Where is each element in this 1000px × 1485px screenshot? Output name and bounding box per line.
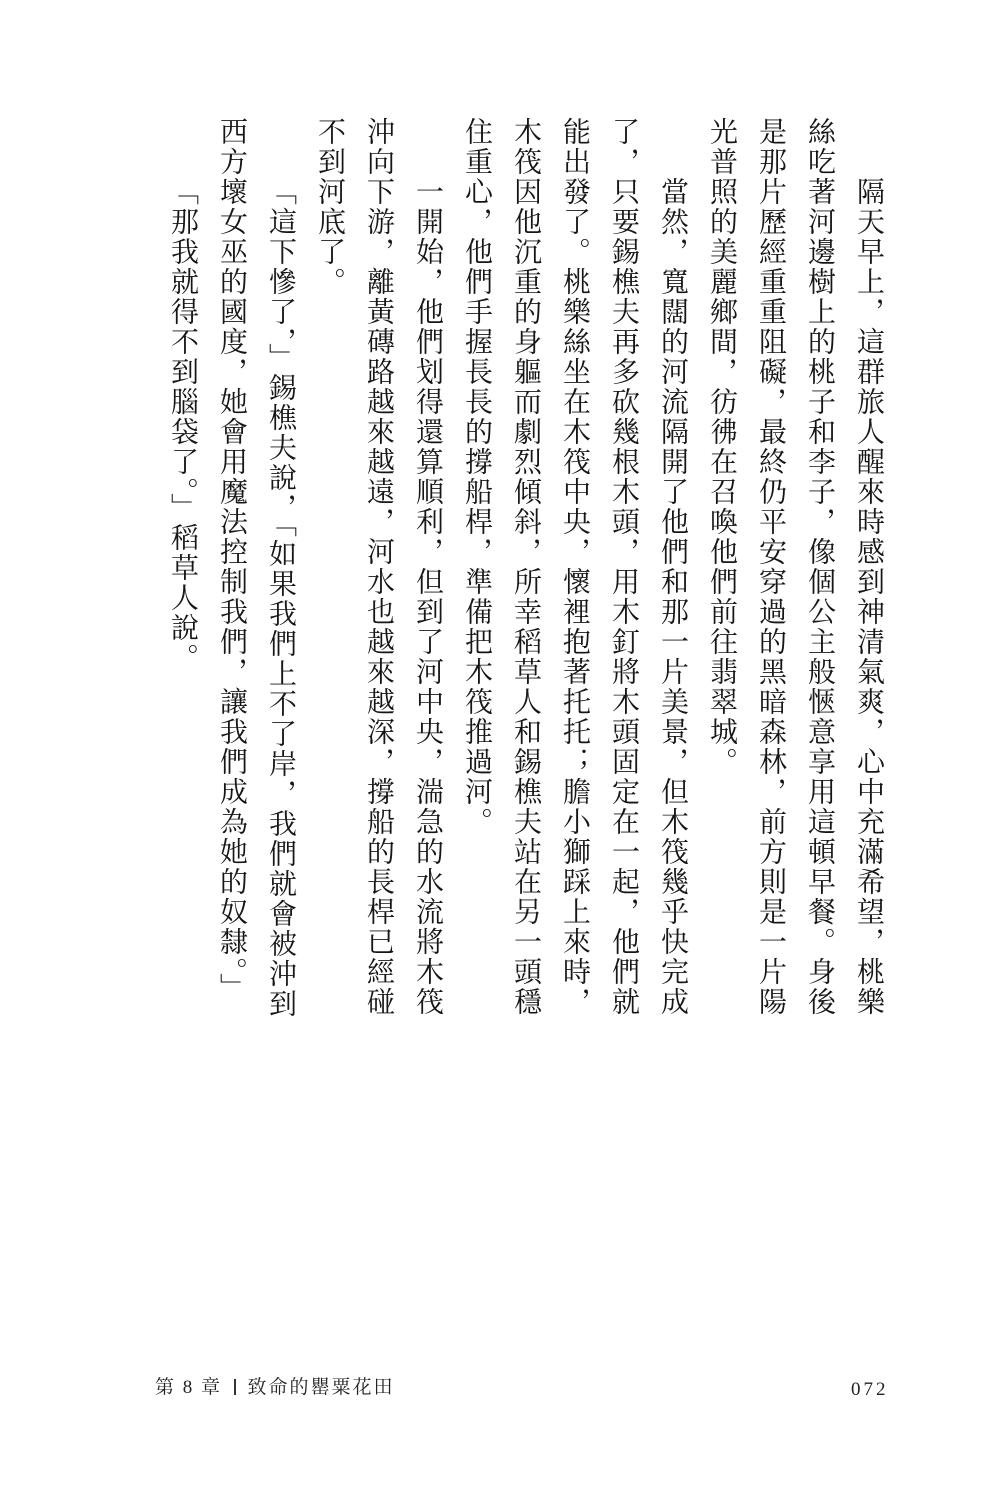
footer-chapter: 第 8 章致命的罌粟花田 bbox=[155, 1378, 395, 1397]
paragraph-4: 「這下慘了，」錫樵夫說，「如果我們上不了岸，我們就會被沖到西方壞女巫的國度，她會… bbox=[207, 117, 305, 1019]
chapter-number: 第 8 章 bbox=[155, 1377, 222, 1398]
book-page: 隔天早上，這群旅人醒來時感到神清氣爽，心中充滿希望，桃樂絲吃著河邊樹上的桃子和李… bbox=[0, 0, 1000, 1485]
footer-divider bbox=[234, 1379, 236, 1395]
chapter-title: 致命的罌粟花田 bbox=[248, 1377, 395, 1398]
paragraph-2: 當然，寬闊的河流隔開了他們和那一片美景，但木筏幾乎快完成了，只要錫樵夫再多砍幾根… bbox=[452, 117, 697, 1019]
paragraph-3: 一開始，他們划得還算順利，但到了河中央，湍急的水流將木筏沖向下游，離黃磚路越來越… bbox=[305, 117, 452, 1019]
paragraph-5: 「那我就得不到腦袋了。」稻草人說。 bbox=[158, 117, 207, 1019]
paragraph-1: 隔天早上，這群旅人醒來時感到神清氣爽，心中充滿希望，桃樂絲吃著河邊樹上的桃子和李… bbox=[697, 117, 893, 1019]
page-number: 072 bbox=[851, 1380, 889, 1399]
body-text: 隔天早上，這群旅人醒來時感到神清氣爽，心中充滿希望，桃樂絲吃著河邊樹上的桃子和李… bbox=[158, 117, 893, 1019]
